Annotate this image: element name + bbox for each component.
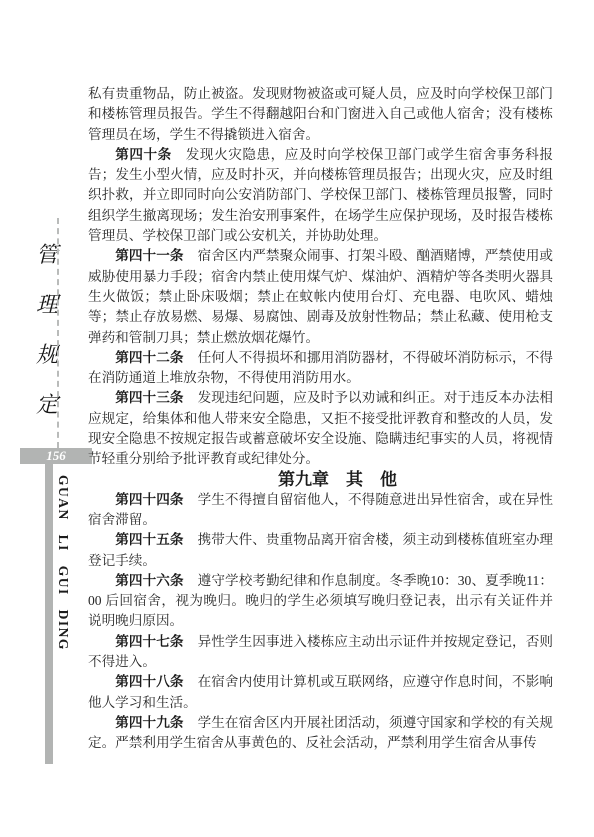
- side-title-char: 定: [36, 394, 58, 416]
- dashed-divider: [57, 218, 59, 448]
- article-40: 第四十条发现火灾隐患，应及时向学校保卫部门或学生宿舍事务科报告；发生小型火情，应…: [88, 145, 553, 246]
- side-title-char: 规: [36, 344, 58, 366]
- article-number: 第四十一条: [115, 248, 183, 263]
- article-43: 第四十三条发现违纪问题，应及时予以劝诫和纠正。对于违反本办法相应规定，给集体和他…: [88, 388, 553, 469]
- article-number: 第四十六条: [115, 573, 183, 588]
- side-title-char: 管: [36, 244, 58, 266]
- article-number: 第四十九条: [115, 715, 183, 730]
- page-number: 156: [46, 448, 66, 464]
- paragraph-continuation: 私有贵重物品，防止被盗。发现财物被盗或可疑人员，应及时向学校保卫部门和楼栋管理员…: [88, 84, 553, 145]
- article-number: 第四十五条: [115, 532, 183, 547]
- book-page: 管 理 规 定 156 GUAN LI GUI DING 私有贵重物品，防止被盗…: [0, 0, 594, 837]
- article-41: 第四十一条宿舍区内严禁聚众闹事、打架斗殴、酗酒赌博，严禁使用或威胁使用暴力手段；…: [88, 246, 553, 347]
- article-number: 第四十二条: [115, 350, 183, 365]
- article-48: 第四十八条在宿舍内使用计算机或互联网络，应遵守作息时间，不影响他人学习和生活。: [88, 672, 553, 713]
- article-45: 第四十五条携带大件、贵重物品离开宿舍楼，须主动到楼栋值班室办理登记手续。: [88, 530, 553, 571]
- side-pinyin-label: GUAN LI GUI DING: [55, 475, 71, 651]
- article-49: 第四十九条学生在宿舍区内开展社团活动，须遵守国家和学校的有关规定。严禁利用学生宿…: [88, 713, 553, 754]
- article-44: 第四十四条学生不得擅自留宿他人，不得随意进出异性宿舍，或在异性宿舍滞留。: [88, 490, 553, 531]
- page-number-badge: 156: [20, 448, 92, 464]
- side-title-char: 理: [36, 294, 58, 316]
- article-42: 第四十二条任何人不得损坏和挪用消防器材，不得破坏消防标示，不得在消防通道上堆放杂…: [88, 348, 553, 389]
- sidebar-gray-bar: [45, 464, 53, 764]
- article-number: 第四十四条: [115, 492, 183, 507]
- article-46: 第四十六条遵守学校考勤纪律和作息制度。冬季晚10：30、夏季晚11：00 后回宿…: [88, 571, 553, 632]
- chapter-heading: 第九章 其 他: [88, 470, 553, 490]
- article-47: 第四十七条异性学生因事进入楼栋应主动出示证件并按规定登记，否则不得进入。: [88, 632, 553, 673]
- document-body: 私有贵重物品，防止被盗。发现财物被盗或可疑人员，应及时向学校保卫部门和楼栋管理员…: [88, 84, 553, 754]
- article-number: 第四十八条: [115, 674, 183, 689]
- article-number: 第四十七条: [115, 634, 183, 649]
- article-number: 第四十条: [115, 147, 172, 162]
- article-number: 第四十三条: [115, 390, 183, 405]
